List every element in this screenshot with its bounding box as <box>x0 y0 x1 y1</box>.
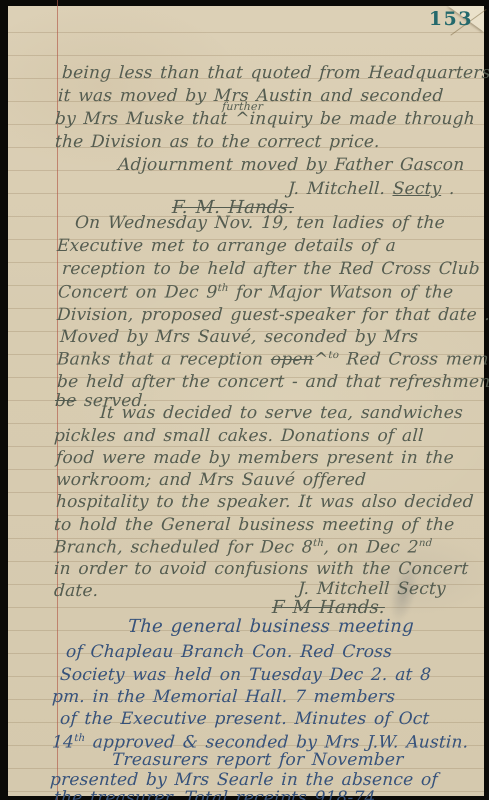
handwritten-line: of the Executive present. Minutes of Oct <box>60 710 430 729</box>
notebook-page-scan: 153 being less than that quoted from Hea… <box>0 0 489 800</box>
handwritten-line: The general business meeting <box>127 617 414 637</box>
handwritten-line: On Wednesday Nov. 19, ten ladies of the <box>75 214 446 233</box>
handwritten-line: by Mrs Muske that ^inquiry be made throu… <box>55 110 476 129</box>
handwritten-line: Branch, scheduled for Dec 8th, on Dec 2n… <box>53 538 432 557</box>
handwritten-line: Treasurers report for November <box>112 751 404 770</box>
handwritten-line: date. <box>54 582 99 601</box>
handwritten-line: of Chapleau Branch Con. Red Cross <box>66 643 393 662</box>
handwritten-line: workroom; and Mrs Sauvé offered <box>56 471 367 490</box>
handwritten-line: presented by Mrs Searle in the absence o… <box>50 771 439 790</box>
handwritten-line: pickles and small cakes. Donations of al… <box>54 427 425 446</box>
handwritten-line: Concert on Dec 9th for Major Watson of t… <box>57 283 453 302</box>
handwritten-line: Adjournment moved by Father Gascon <box>118 156 465 175</box>
handwritten-line: Division, proposed guest-speaker for tha… <box>57 306 489 325</box>
handwritten-line: Society was held on Tuesday Dec 2. at 8 <box>60 666 432 685</box>
handwritten-line: F M Hands. <box>271 598 385 618</box>
handwritten-line: J. Mitchell. Secty . <box>288 180 456 199</box>
handwritten-line: It was decided to serve tea, sandwiches <box>100 404 464 423</box>
handwritten-line: the treasurer. Total receipts 918-74 <box>54 789 376 800</box>
handwritten-line: be held after the concert - and that ref… <box>57 373 489 392</box>
handwritten-line: to hold the General business meeting of … <box>54 516 455 535</box>
handwritten-line: Banks that a reception open^to Red Cross… <box>56 350 489 369</box>
handwritten-line: food were made by members present in the <box>56 449 455 468</box>
handwritten-line: in order to avoid confusions with the Co… <box>54 560 469 579</box>
handwritten-line: Moved by Mrs Sauvé, seconded by Mrs <box>60 328 419 347</box>
handwritten-line: J. Mitchell Secty <box>298 580 447 599</box>
handwritten-line: the Division as to the correct price. <box>55 133 381 152</box>
handwritten-line: reception to be held after the Red Cross… <box>62 260 481 279</box>
handwritten-line: hospitality to the speaker. It was also … <box>56 493 475 512</box>
handwritten-line: being less than that quoted from Headqua… <box>62 64 489 83</box>
handwritten-line: pm. in the Memorial Hall. 7 members <box>52 688 396 707</box>
handwriting-layer: being less than that quoted from Headqua… <box>0 0 489 800</box>
handwritten-line: Executive met to arrange details of a <box>57 237 397 256</box>
